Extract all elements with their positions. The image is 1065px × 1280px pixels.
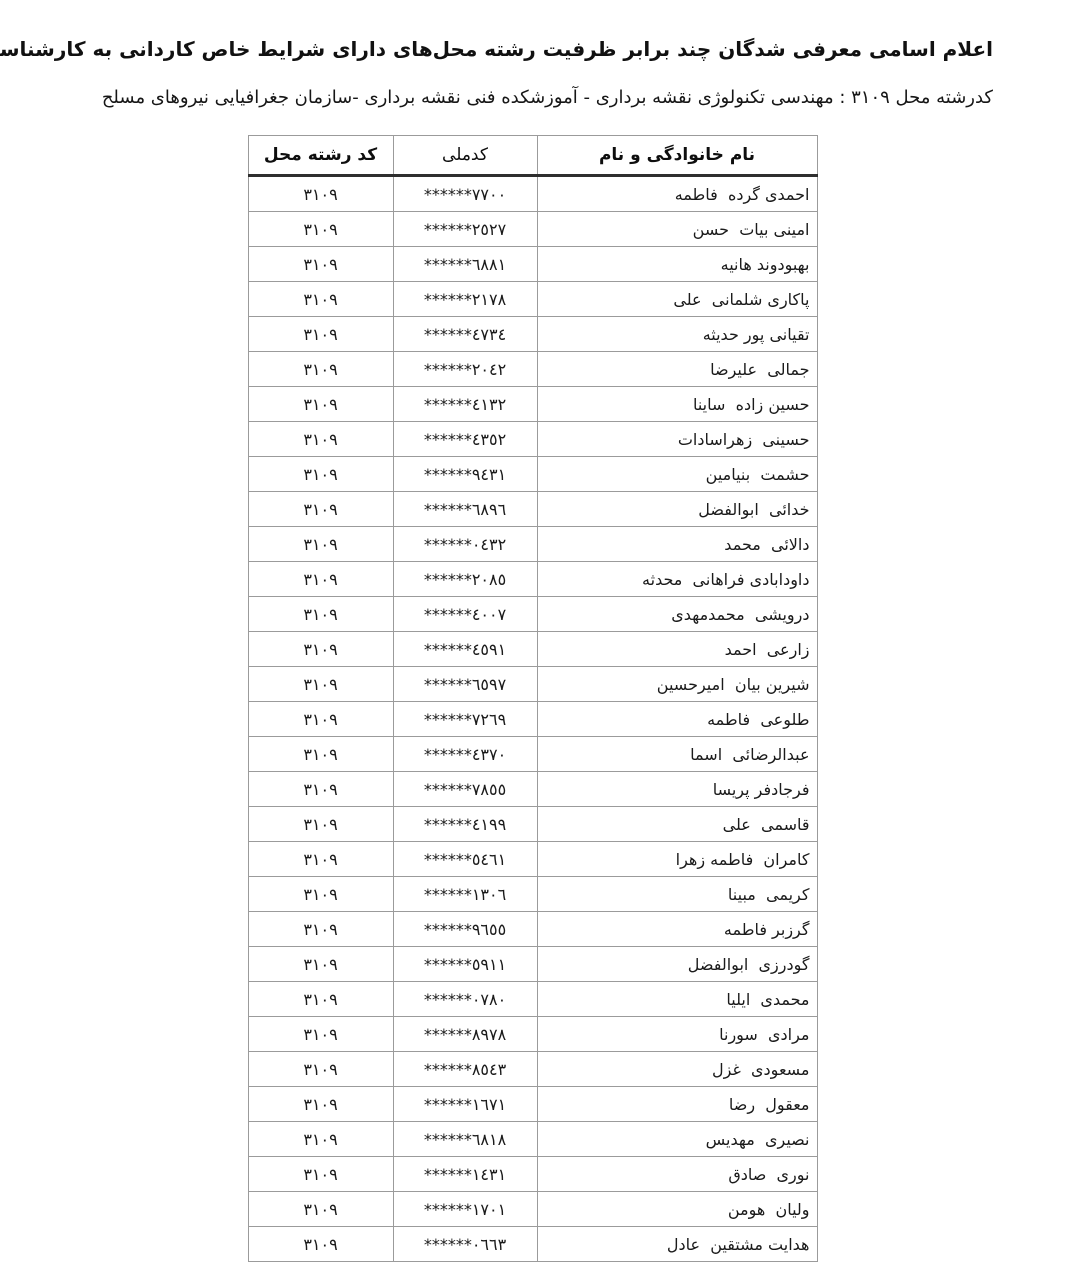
- code-cell: ٣١٠٩: [248, 842, 393, 877]
- national-id-cell: ******٢٠٨٥: [393, 562, 537, 597]
- code-cell: ٣١٠٩: [248, 982, 393, 1017]
- code-cell: ٣١٠٩: [248, 527, 393, 562]
- national-id-cell: ******٦٨٨١: [393, 247, 537, 282]
- national-id-cell: ******٨٩٧٨: [393, 1017, 537, 1052]
- page-title: اعلام اسامی معرفی شدگان چند برابر ظرفیت …: [0, 34, 1065, 64]
- name-cell: حسینی زهراسادات: [537, 422, 817, 457]
- national-id-cell: ******٤١٩٩: [393, 807, 537, 842]
- code-cell: ٣١٠٩: [248, 176, 393, 212]
- table-row: پاکاری شلمانی علی******٢١٧٨٣١٠٩: [248, 282, 817, 317]
- code-cell: ٣١٠٩: [248, 772, 393, 807]
- table-row: گرزبر فاطمه******٩٦٥٥٣١٠٩: [248, 912, 817, 947]
- table-row: شیرین بیان امیرحسین******٦٥٩٧٣١٠٩: [248, 667, 817, 702]
- national-id-cell: ******٩٤٣١: [393, 457, 537, 492]
- column-header-code: کد رشته محل: [248, 136, 393, 176]
- code-cell: ٣١٠٩: [248, 667, 393, 702]
- table-row: جمالی علیرضا******٢٠٤٢٣١٠٩: [248, 352, 817, 387]
- table-row: امینی بیات حسن******٢٥٢٧٣١٠٩: [248, 212, 817, 247]
- national-id-cell: ******٧٢٦٩: [393, 702, 537, 737]
- table-row: حسینی زهراسادات******٤٣٥٢٣١٠٩: [248, 422, 817, 457]
- name-cell: زارعی احمد: [537, 632, 817, 667]
- name-cell: محمدی ایلیا: [537, 982, 817, 1017]
- code-cell: ٣١٠٩: [248, 702, 393, 737]
- table-row: احمدی گرده فاطمه******٧٧٠٠٣١٠٩: [248, 176, 817, 212]
- table-row: محمدی ایلیا******٠٧٨٠٣١٠٩: [248, 982, 817, 1017]
- table-row: خدائی ابوالفضل******٦٨٩٦٣١٠٩: [248, 492, 817, 527]
- table-row: تقیانی پور حدیثه******٤٧٣٤٣١٠٩: [248, 317, 817, 352]
- name-cell: خدائی ابوالفضل: [537, 492, 817, 527]
- national-id-cell: ******٠٧٨٠: [393, 982, 537, 1017]
- code-cell: ٣١٠٩: [248, 807, 393, 842]
- table-row: بهبودوند هانیه******٦٨٨١٣١٠٩: [248, 247, 817, 282]
- table-row: قاسمی علی******٤١٩٩٣١٠٩: [248, 807, 817, 842]
- code-cell: ٣١٠٩: [248, 562, 393, 597]
- name-cell: پاکاری شلمانی علی: [537, 282, 817, 317]
- national-id-cell: ******٩٦٥٥: [393, 912, 537, 947]
- national-id-cell: ******٥٩١١: [393, 947, 537, 982]
- code-cell: ٣١٠٩: [248, 877, 393, 912]
- page-subtitle: کدرشته محل ۳۱۰۹ : مهندسی تکنولوژی نقشه ب…: [0, 84, 1065, 111]
- table-row: زارعی احمد******٤٥٩١٣١٠٩: [248, 632, 817, 667]
- national-id-cell: ******٤٧٣٤: [393, 317, 537, 352]
- code-cell: ٣١٠٩: [248, 1122, 393, 1157]
- code-cell: ٣١٠٩: [248, 632, 393, 667]
- table-row: کریمی مبینا******١٣٠٦٣١٠٩: [248, 877, 817, 912]
- name-cell: طلوعی فاطمه: [537, 702, 817, 737]
- code-cell: ٣١٠٩: [248, 212, 393, 247]
- table-row: حسین زاده ساینا******٤١٣٢٣١٠٩: [248, 387, 817, 422]
- national-id-cell: ******٤٣٧٠: [393, 737, 537, 772]
- code-cell: ٣١٠٩: [248, 247, 393, 282]
- national-id-cell: ******٤٣٥٢: [393, 422, 537, 457]
- name-cell: دالائی محمد: [537, 527, 817, 562]
- name-cell: تقیانی پور حدیثه: [537, 317, 817, 352]
- name-cell: قاسمی علی: [537, 807, 817, 842]
- name-cell: گرزبر فاطمه: [537, 912, 817, 947]
- name-cell: درویشی محمدمهدی: [537, 597, 817, 632]
- name-cell: فرجادفر پریسا: [537, 772, 817, 807]
- table-row: مسعودی غزل******٨٥٤٣٣١٠٩: [248, 1052, 817, 1087]
- national-id-cell: ******٢١٧٨: [393, 282, 537, 317]
- national-id-cell: ******١٦٧١: [393, 1087, 537, 1122]
- code-cell: ٣١٠٩: [248, 947, 393, 982]
- code-cell: ٣١٠٩: [248, 1052, 393, 1087]
- column-header-national-id: کدملی: [393, 136, 537, 176]
- code-cell: ٣١٠٩: [248, 352, 393, 387]
- name-cell: ولیان هومن: [537, 1192, 817, 1227]
- table-header: نام خانوادگی و نام کدملی کد رشته محل: [248, 136, 817, 176]
- table-row: نصیری مهدیس******٦٨١٨٣١٠٩: [248, 1122, 817, 1157]
- name-cell: حشمت بنیامین: [537, 457, 817, 492]
- table-row: فرجادفر پریسا******٧٨٥٥٣١٠٩: [248, 772, 817, 807]
- name-cell: کامران فاطمه زهرا: [537, 842, 817, 877]
- table-row: طلوعی فاطمه******٧٢٦٩٣١٠٩: [248, 702, 817, 737]
- code-cell: ٣١٠٩: [248, 1017, 393, 1052]
- name-cell: کریمی مبینا: [537, 877, 817, 912]
- code-cell: ٣١٠٩: [248, 1192, 393, 1227]
- national-id-cell: ******١٧٠١: [393, 1192, 537, 1227]
- table-body: احمدی گرده فاطمه******٧٧٠٠٣١٠٩امینی بیات…: [248, 176, 817, 1262]
- code-cell: ٣١٠٩: [248, 912, 393, 947]
- name-cell: احمدی گرده فاطمه: [537, 176, 817, 212]
- name-cell: جمالی علیرضا: [537, 352, 817, 387]
- table-row: گودرزی ابوالفضل******٥٩١١٣١٠٩: [248, 947, 817, 982]
- national-id-cell: ******٦٨١٨: [393, 1122, 537, 1157]
- code-cell: ٣١٠٩: [248, 492, 393, 527]
- table-row: کامران فاطمه زهرا******٥٤٦١٣١٠٩: [248, 842, 817, 877]
- name-cell: شیرین بیان امیرحسین: [537, 667, 817, 702]
- name-cell: داودابادی فراهانی محدثه: [537, 562, 817, 597]
- code-cell: ٣١٠٩: [248, 597, 393, 632]
- table-row: معقول رضا******١٦٧١٣١٠٩: [248, 1087, 817, 1122]
- national-id-cell: ******٦٥٩٧: [393, 667, 537, 702]
- name-cell: مرادی سورنا: [537, 1017, 817, 1052]
- national-id-cell: ******١٤٣١: [393, 1157, 537, 1192]
- name-cell: حسین زاده ساینا: [537, 387, 817, 422]
- national-id-cell: ******٤١٣٢: [393, 387, 537, 422]
- national-id-cell: ******٢٥٢٧: [393, 212, 537, 247]
- roster-table: نام خانوادگی و نام کدملی کد رشته محل احم…: [248, 135, 818, 1262]
- national-id-cell: ******٥٤٦١: [393, 842, 537, 877]
- code-cell: ٣١٠٩: [248, 1227, 393, 1262]
- header-row: نام خانوادگی و نام کدملی کد رشته محل: [248, 136, 817, 176]
- table-row: داودابادی فراهانی محدثه******٢٠٨٥٣١٠٩: [248, 562, 817, 597]
- national-id-cell: ******٧٧٠٠: [393, 176, 537, 212]
- document-page: اعلام اسامی معرفی شدگان چند برابر ظرفیت …: [0, 0, 1065, 1262]
- table-row: ولیان هومن******١٧٠١٣١٠٩: [248, 1192, 817, 1227]
- name-cell: نوری صادق: [537, 1157, 817, 1192]
- name-cell: عبدالرضائی اسما: [537, 737, 817, 772]
- national-id-cell: ******٨٥٤٣: [393, 1052, 537, 1087]
- name-cell: امینی بیات حسن: [537, 212, 817, 247]
- national-id-cell: ******٦٨٩٦: [393, 492, 537, 527]
- code-cell: ٣١٠٩: [248, 282, 393, 317]
- code-cell: ٣١٠٩: [248, 422, 393, 457]
- code-cell: ٣١٠٩: [248, 387, 393, 422]
- code-cell: ٣١٠٩: [248, 317, 393, 352]
- name-cell: بهبودوند هانیه: [537, 247, 817, 282]
- national-id-cell: ******١٣٠٦: [393, 877, 537, 912]
- table-row: مرادی سورنا******٨٩٧٨٣١٠٩: [248, 1017, 817, 1052]
- name-cell: نصیری مهدیس: [537, 1122, 817, 1157]
- table-row: نوری صادق******١٤٣١٣١٠٩: [248, 1157, 817, 1192]
- table-row: هدایت مشتقین عادل******٠٦٦٣٣١٠٩: [248, 1227, 817, 1262]
- national-id-cell: ******٢٠٤٢: [393, 352, 537, 387]
- name-cell: مسعودی غزل: [537, 1052, 817, 1087]
- code-cell: ٣١٠٩: [248, 1087, 393, 1122]
- code-cell: ٣١٠٩: [248, 457, 393, 492]
- table-row: دالائی محمد******٠٤٣٢٣١٠٩: [248, 527, 817, 562]
- code-cell: ٣١٠٩: [248, 1157, 393, 1192]
- code-cell: ٣١٠٩: [248, 737, 393, 772]
- national-id-cell: ******٠٦٦٣: [393, 1227, 537, 1262]
- national-id-cell: ******٠٤٣٢: [393, 527, 537, 562]
- name-cell: هدایت مشتقین عادل: [537, 1227, 817, 1262]
- table-row: درویشی محمدمهدی******٤٠٠٧٣١٠٩: [248, 597, 817, 632]
- name-cell: معقول رضا: [537, 1087, 817, 1122]
- national-id-cell: ******٤٥٩١: [393, 632, 537, 667]
- national-id-cell: ******٧٨٥٥: [393, 772, 537, 807]
- column-header-name: نام خانوادگی و نام: [537, 136, 817, 176]
- table-row: عبدالرضائی اسما******٤٣٧٠٣١٠٩: [248, 737, 817, 772]
- table-row: حشمت بنیامین******٩٤٣١٣١٠٩: [248, 457, 817, 492]
- national-id-cell: ******٤٠٠٧: [393, 597, 537, 632]
- name-cell: گودرزی ابوالفضل: [537, 947, 817, 982]
